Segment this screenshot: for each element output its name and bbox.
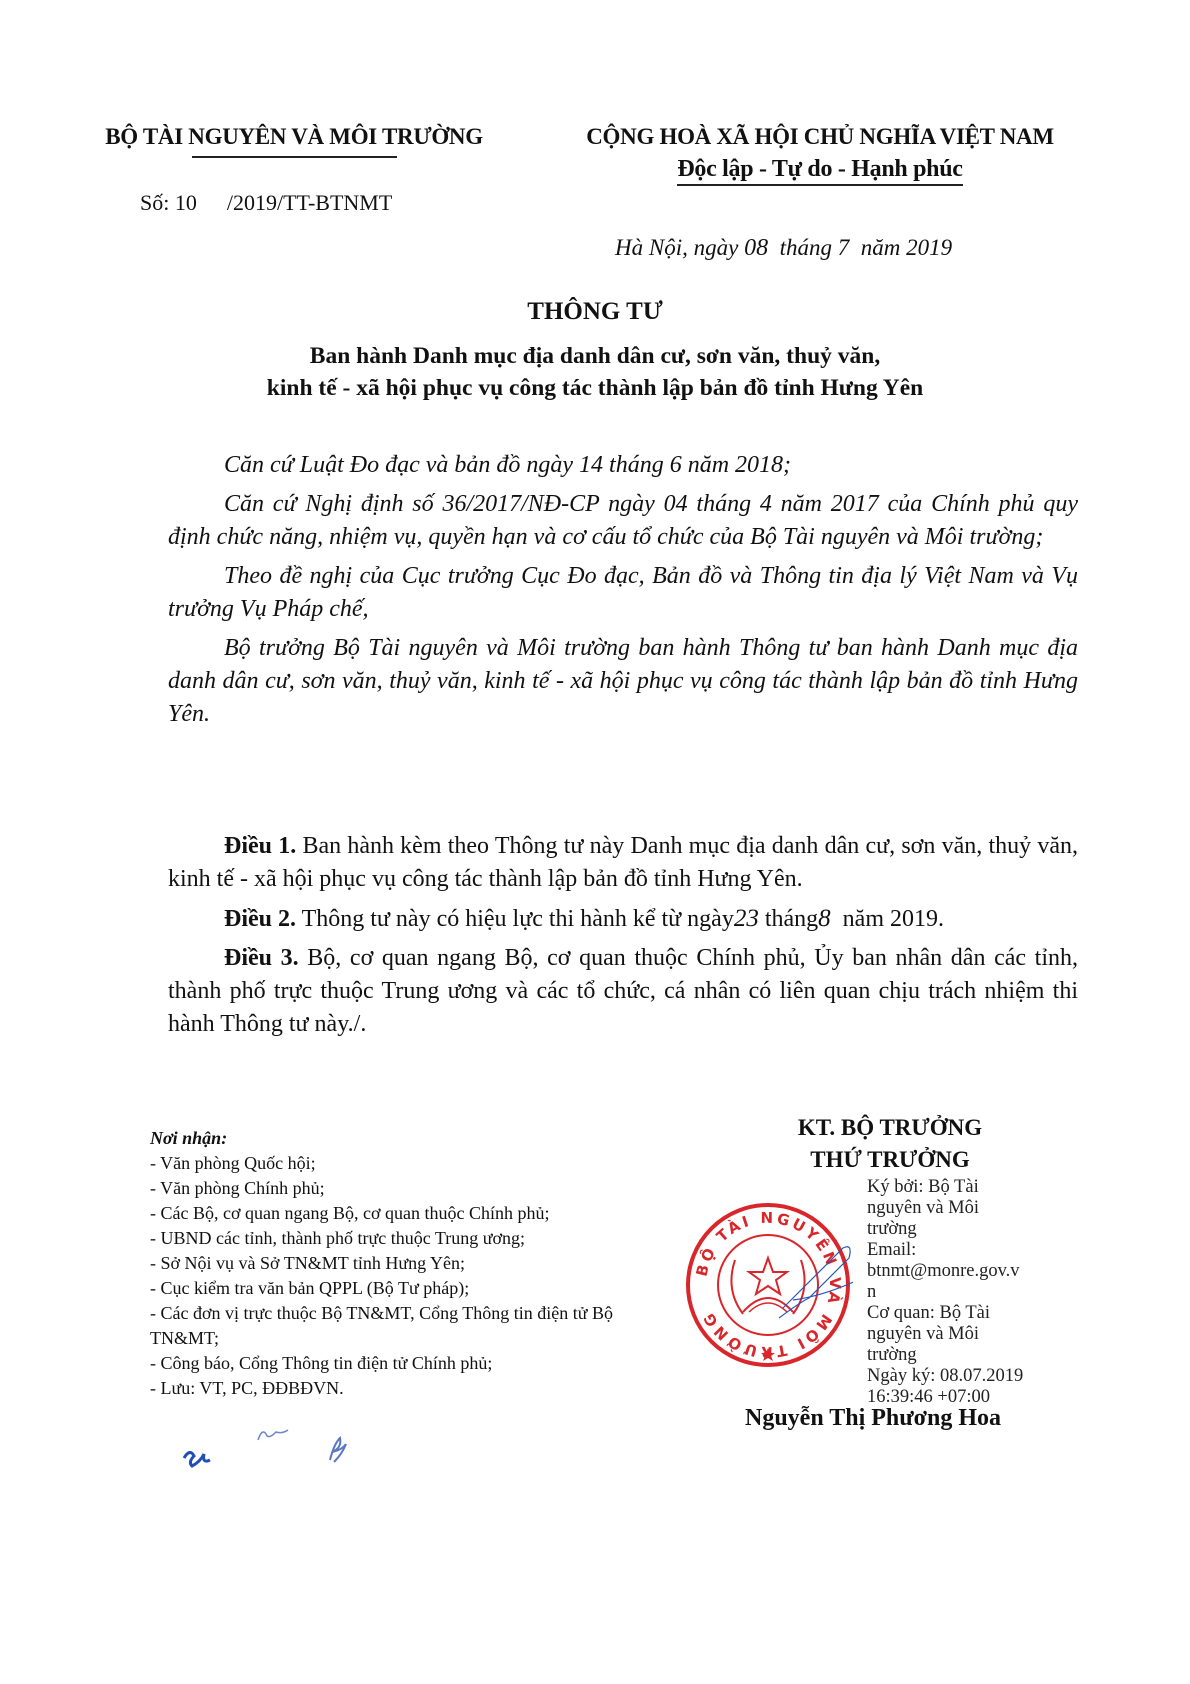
recipients-label: Nơi nhận: <box>150 1126 690 1151</box>
subtitle-line-1: Ban hành Danh mục địa danh dân cư, sơn v… <box>0 340 1190 372</box>
recipient-item: - Công báo, Cổng Thông tin điện tử Chính… <box>150 1351 690 1376</box>
recipient-item: - Các đơn vị trực thuộc Bộ TN&MT, Cổng T… <box>150 1301 640 1351</box>
agency-name: BỘ TÀI NGUYÊN VÀ MÔI TRƯỜNG <box>105 124 483 149</box>
date-day: 08 <box>744 235 768 261</box>
article-1: Điều 1. Ban hành kèm theo Thông tư này D… <box>168 830 1078 896</box>
preamble: Căn cứ Luật Đo đạc và bản đồ ngày 14 thá… <box>168 449 1078 737</box>
agency-underline <box>192 156 397 158</box>
nation-name: CỘNG HOÀ XÃ HỘI CHỦ NGHĨA VIỆT NAM <box>540 124 1100 150</box>
article-text: Bộ, cơ quan ngang Bộ, cơ quan thuộc Chín… <box>168 945 1078 1037</box>
document-subtitle: Ban hành Danh mục địa danh dân cư, sơn v… <box>0 340 1190 404</box>
number-suffix: /2019/TT-BTNMT <box>227 190 392 215</box>
sig-line: Ký bởi: Bộ Tài <box>867 1177 1067 1198</box>
recipient-item: - Lưu: VT, PC, ĐĐBĐVN. <box>150 1376 690 1401</box>
sig-line: nguyên và Môi <box>867 1198 1067 1219</box>
on-behalf-label: KT. BỘ TRƯỞNG <box>760 1112 1020 1144</box>
sig-email: btnmt@monre.gov.v <box>867 1261 1067 1282</box>
document-number: Số: 10/2019/TT-BTNMT <box>140 190 392 216</box>
recipients-list: Nơi nhận: - Văn phòng Quốc hội; - Văn ph… <box>150 1126 690 1401</box>
preamble-paragraph: Bộ trưởng Bộ Tài nguyên và Môi trường ba… <box>168 632 1078 731</box>
position-label: THỨ TRƯỞNG <box>760 1144 1020 1176</box>
article-text: Ban hành kèm theo Thông tư này Danh mục … <box>168 833 1078 892</box>
handwritten-initials-icon <box>180 1420 380 1470</box>
number-prefix: Số: 10 <box>140 190 197 215</box>
date-month: 7 <box>838 235 850 260</box>
recipient-item: - UBND các tỉnh, thành phố trực thuộc Tr… <box>150 1226 690 1251</box>
national-motto: Độc lập - Tự do - Hạnh phúc <box>677 156 962 186</box>
national-title: CỘNG HOÀ XÃ HỘI CHỦ NGHĨA VIỆT NAM Độc l… <box>540 124 1100 186</box>
article-3: Điều 3. Bộ, cơ quan ngang Bộ, cơ quan th… <box>168 942 1078 1041</box>
sig-line: n <box>867 1282 1067 1303</box>
sig-line: nguyên và Môi <box>867 1324 1067 1345</box>
article-text: năm 2019. <box>843 906 944 932</box>
article-2: Điều 2. Thông tư này có hiệu lực thi hàn… <box>168 902 1078 936</box>
effective-month: 8 <box>818 905 831 932</box>
preamble-paragraph: Căn cứ Nghị định số 36/2017/NĐ-CP ngày 0… <box>168 488 1078 554</box>
subtitle-line-2: kinh tế - xã hội phục vụ công tác thành … <box>0 372 1190 404</box>
recipient-item: - Văn phòng Quốc hội; <box>150 1151 690 1176</box>
article-text: Thông tư này có hiệu lực thi hành kể từ … <box>302 906 734 932</box>
date-place: Hà Nội, ngày <box>615 235 738 260</box>
issuing-agency: BỘ TÀI NGUYÊN VÀ MÔI TRƯỜNG <box>74 124 514 158</box>
effective-day: 23 <box>734 905 759 932</box>
recipient-item: - Cục kiểm tra văn bản QPPL (Bộ Tư pháp)… <box>150 1276 690 1301</box>
official-seal-icon: BỘ TÀI NGUYÊN VÀ MÔI TRƯỜNG <box>683 1200 853 1370</box>
document-type: THÔNG TƯ <box>0 298 1190 326</box>
signer-name: Nguyễn Thị Phương Hoa <box>745 1405 1001 1432</box>
sig-date: Ngày ký: 08.07.2019 <box>867 1366 1067 1387</box>
date-year: 2019 <box>906 235 952 260</box>
date-year-label: năm <box>861 235 901 260</box>
preamble-paragraph: Theo đề nghị của Cục trưởng Cục Đo đạc, … <box>168 560 1078 626</box>
issue-date: Hà Nội, ngày 08 tháng 7 năm 2019 <box>615 235 952 262</box>
digital-signature-info: Ký bởi: Bộ Tài nguyên và Môi trường Emai… <box>867 1177 1067 1408</box>
sig-line: Email: <box>867 1240 1067 1261</box>
preamble-paragraph: Căn cứ Luật Đo đạc và bản đồ ngày 14 thá… <box>168 449 1078 482</box>
recipient-item: - Các Bộ, cơ quan ngang Bộ, cơ quan thuộ… <box>150 1201 690 1226</box>
sig-line: Cơ quan: Bộ Tài <box>867 1303 1067 1324</box>
article-label: Điều 2. <box>224 906 296 932</box>
article-label: Điều 1. <box>224 833 296 859</box>
article-label: Điều 3. <box>224 945 299 971</box>
recipient-item: - Sở Nội vụ và Sở TN&MT tỉnh Hưng Yên; <box>150 1251 690 1276</box>
recipient-item: - Văn phòng Chính phủ; <box>150 1176 690 1201</box>
date-month-label: tháng <box>780 235 832 260</box>
articles: Điều 1. Ban hành kèm theo Thông tư này D… <box>168 830 1078 1047</box>
article-text: tháng <box>765 906 818 932</box>
signatory-title: KT. BỘ TRƯỞNG THỨ TRƯỞNG <box>760 1112 1020 1176</box>
sig-line: trường <box>867 1219 1067 1240</box>
sig-line: trường <box>867 1345 1067 1366</box>
